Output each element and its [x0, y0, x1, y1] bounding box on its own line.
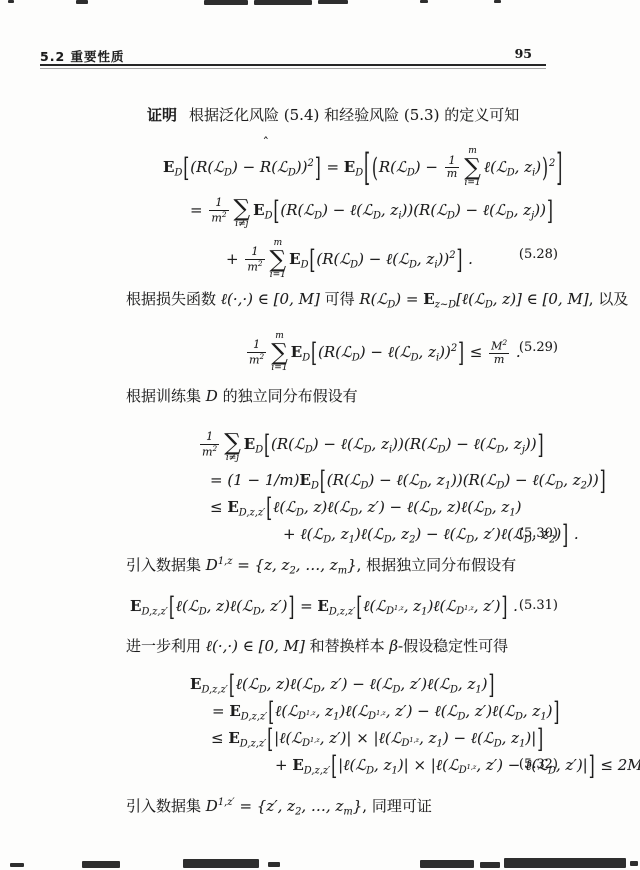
- equation-line: 1m2m∑i=1ED[(R(ℒD) − ℓ(ℒD, zi))2] ≤ M2m .: [245, 324, 558, 374]
- introduce-dz-paragraph: 引入数据集 D1,z = {z, z2, …, zm}, 根据独立同分布假设有: [126, 552, 558, 572]
- equation-line: ED,z,z′[ℓ(ℒD, z)ℓ(ℒD, z′) − ℓ(ℒD, z′)ℓ(ℒ…: [190, 671, 558, 698]
- equation-line: = 1m2∑i≠jED[(R(ℒD) − ℓ(ℒD, zi))(R(ℒD) − …: [190, 187, 558, 233]
- equation-line: ≤ ED,z,z′[ℓ(ℒD, z)ℓ(ℒD, z′) − ℓ(ℒD, z)ℓ(…: [210, 494, 558, 521]
- scan-artifact-top: [204, 0, 248, 5]
- scan-artifact-bottom: [82, 861, 120, 868]
- scan-artifact-top: [420, 0, 428, 3]
- scan-artifact-bottom: [268, 862, 280, 867]
- equation-line: + 1m2m∑i=1ED[(R(ℒD) − ℓ(ℒD, zi))2] .: [226, 233, 558, 279]
- equation-tag: (5.30): [519, 526, 558, 541]
- iid-paragraph: 根据训练集 D 的独立同分布假设有: [126, 386, 558, 406]
- scan-artifact-bottom: [480, 862, 500, 868]
- equation-5-28: ED[(R(ℒD) − ˆR(ℒD))2] = ED[(R(ℒD) − 1mm∑…: [126, 141, 558, 279]
- equation-line: ≤ ED,z,z′[|ℓ(ℒD1,z, z′)| × |ℓ(ℒD1,z, z1)…: [211, 725, 558, 752]
- section-label: 5.2 重要性质: [40, 49, 125, 64]
- text-column: 证明根据泛化风险 (5.4) 和经验风险 (5.3) 的定义可知 ED[(R(ℒ…: [126, 0, 558, 828]
- scan-artifact-bottom: [504, 858, 626, 868]
- equation-line: 1m2∑i≠jED[(R(ℒD) − ℓ(ℒD, zi))(R(ℒD) − ℓ(…: [198, 421, 558, 467]
- scan-artifact-bottom: [10, 863, 24, 867]
- proof-intro-paragraph: 证明根据泛化风险 (5.4) 和经验风险 (5.3) 的定义可知: [126, 105, 558, 125]
- scan-artifact-bottom: [183, 859, 259, 868]
- loss-bound-paragraph: 根据损失函数 ℓ(·,·) ∈ [0, M] 可得 R(ℒD) = Ez∼D[ℓ…: [126, 289, 558, 309]
- scan-artifact-bottom: [630, 861, 638, 866]
- equation-line: ED,z,z′[ℓ(ℒD, z)ℓ(ℒD, z′)] = ED,z,z′[ℓ(ℒ…: [130, 587, 558, 625]
- equation-line: = (1 − 1/m)ED[(R(ℒD) − ℓ(ℒD, z1))(R(ℒD) …: [210, 467, 558, 494]
- equation-line: ED[(R(ℒD) − ˆR(ℒD))2] = ED[(R(ℒD) − 1mm∑…: [163, 141, 558, 187]
- equation-line: = ED,z,z′[ℓ(ℒD1,z, z1)ℓ(ℒD1,z, z′) − ℓ(ℒ…: [212, 698, 558, 725]
- scan-artifact-bottom: [420, 860, 474, 868]
- book-page: 5.2 重要性质 95 证明根据泛化风险 (5.4) 和经验风险 (5.3) 的…: [0, 0, 640, 870]
- equation-line: + ℓ(ℒD, z1)ℓ(ℒD, z2) − ℓ(ℒD, z′)ℓ(ℒD, z2…: [283, 521, 558, 548]
- equation-tag: (5.29): [519, 340, 558, 355]
- beta-stability-paragraph: 进一步利用 ℓ(·,·) ∈ [0, M] 和替换样本 β-假设稳定性可得: [126, 636, 558, 656]
- equation-5-30: 1m2∑i≠jED[(R(ℒD) − ℓ(ℒD, zi))(R(ℒD) − ℓ(…: [126, 421, 558, 548]
- equation-5-31: ED,z,z′[ℓ(ℒD, z)ℓ(ℒD, z′)] = ED,z,z′[ℓ(ℒ…: [126, 587, 558, 625]
- equation-5-29: 1m2m∑i=1ED[(R(ℒD) − ℓ(ℒD, zi))2] ≤ M2m .…: [126, 324, 558, 374]
- scan-artifact-top: [8, 0, 14, 3]
- scan-artifact-top: [318, 0, 348, 4]
- scan-artifact-top: [254, 0, 312, 5]
- scan-artifact-top: [76, 0, 88, 4]
- equation-tag: (5.32): [519, 757, 558, 772]
- equation-tag: (5.31): [519, 598, 558, 613]
- scan-artifact-top: [494, 0, 501, 3]
- equation-tag: (5.28): [519, 247, 558, 262]
- introduce-dzprime-paragraph: 引入数据集 D1,z′ = {z′, z2, …, zm}, 同理可证: [126, 793, 558, 813]
- equation-5-32: ED,z,z′[ℓ(ℒD, z)ℓ(ℒD, z′) − ℓ(ℒD, z′)ℓ(ℒ…: [126, 671, 558, 779]
- equation-line: + ED,z,z′[|ℓ(ℒD, z1)| × |ℓ(ℒD1,z, z′) − …: [275, 752, 558, 779]
